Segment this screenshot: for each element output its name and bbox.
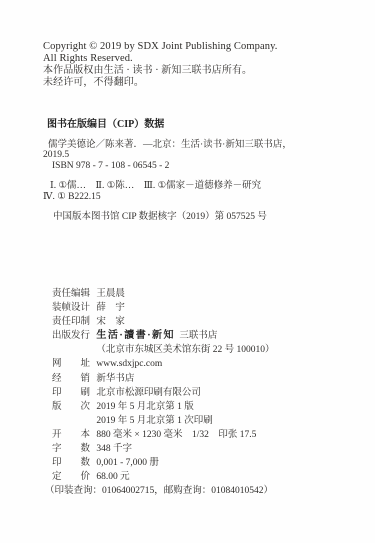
imprint-row-edition: 版次 2019 年 5 月北京第 1 版 — [52, 400, 275, 414]
imprint-row-print-supervisor: 责任印制 宋 家 — [52, 315, 275, 329]
imprint-row-print-run: 印数 0,001 - 7,000 册 — [52, 456, 275, 470]
cip-data-block: 图书在版编目（CIP）数据 儒学美德论／陈来著．—北京：生活·读书·新知三联书店… — [43, 120, 292, 223]
imprint-block: 责任编辑 王晨晨 装帧设计 薛 宇 责任印制 宋 家 出版发行 生活·讀書·新知… — [52, 287, 275, 498]
imprint-row-website: 网址 www.sdxjpc.com — [52, 357, 275, 371]
imprint-row-distributor: 经销 新华书店 — [52, 372, 275, 386]
imprint-value: 宋 家 — [96, 317, 125, 327]
imprint-label: 印数 — [52, 456, 90, 470]
no-reprint-line: 未经许可，不得翻印。 — [43, 77, 277, 89]
imprint-label: 版次 — [52, 400, 90, 414]
imprint-row-format: 开本 880 毫米 × 1230 毫米 1/32 印张 17.5 — [52, 428, 275, 442]
book-copyright-page: Copyright © 2019 by SDX Joint Publishing… — [0, 0, 375, 543]
cip-entry-line2: 2019.5 — [43, 150, 292, 161]
publisher-address: （北京市东城区美术馆东街 22 号 100010） — [96, 345, 274, 355]
imprint-value: 新华书店 — [96, 374, 134, 384]
imprint-value: 880 毫米 × 1230 毫米 1/32 印张 17.5 — [96, 430, 256, 440]
copyright-line-english: Copyright © 2019 by SDX Joint Publishing… — [43, 41, 277, 53]
imprint-row-publisher-address: （北京市东城区美术馆东街 22 号 100010） — [52, 343, 275, 357]
imprint-value: 68.00 元 — [96, 472, 129, 482]
imprint-label: 出版发行 — [52, 329, 90, 343]
imprint-value: 王晨晨 — [96, 289, 125, 299]
publisher-website: www.sdxjpc.com — [96, 359, 162, 369]
rights-holder-line: 本作品版权由生活 · 读书 · 新知三联书店所有。 — [43, 65, 277, 77]
cip-record-number-line: 中国版本图书馆 CIP 数据核字（2019）第 057525 号 — [53, 212, 292, 223]
imprint-label: 装帧设计 — [52, 301, 90, 315]
imprint-row-designer: 装帧设计 薛 宇 — [52, 301, 275, 315]
imprint-label: 印刷 — [52, 386, 90, 400]
imprint-row-price: 定价 68.00 元 — [52, 470, 275, 484]
imprint-value: 348 千字 — [96, 444, 132, 454]
isbn-line: ISBN 978 - 7 - 108 - 06545 - 2 — [52, 161, 292, 172]
copyright-block: Copyright © 2019 by SDX Joint Publishing… — [43, 41, 277, 89]
publisher-logotype: 生活·讀書·新知 — [96, 330, 175, 341]
imprint-label: 定价 — [52, 470, 90, 484]
imprint-row-editor: 责任编辑 王晨晨 — [52, 287, 275, 301]
cip-classification-line1: Ⅰ. ①儒… Ⅱ. ①陈… Ⅲ. ①儒家－道德修养－研究 — [50, 181, 292, 192]
imprint-label: 开本 — [52, 428, 90, 442]
imprint-value: 0,001 - 7,000 册 — [96, 458, 159, 468]
imprint-label: 责任印制 — [52, 315, 90, 329]
imprint-value: 2019 年 5 月北京第 1 次印刷 — [96, 416, 212, 426]
cip-heading: 图书在版编目（CIP）数据 — [47, 120, 292, 131]
imprint-row-printer: 印刷 北京市松源印刷有限公司 — [52, 386, 275, 400]
cip-classification-line2: Ⅳ. ① B222.15 — [43, 192, 292, 203]
query-phone-line: （印装查询：01064002715，邮购查询：01084010542） — [45, 484, 275, 498]
publisher-name: 三联书店 — [179, 331, 217, 341]
rights-reserved-line: All Rights Reserved. — [43, 53, 277, 65]
imprint-row-printing: 2019 年 5 月北京第 1 次印刷 — [52, 414, 275, 428]
imprint-value: 薛 宇 — [96, 303, 125, 313]
cip-entry-line1: 儒学美德论／陈来著．—北京：生活·读书·新知三联书店， — [48, 140, 292, 151]
imprint-label: 责任编辑 — [52, 287, 90, 301]
imprint-label: 经销 — [52, 372, 90, 386]
imprint-value: 2019 年 5 月北京第 1 版 — [96, 402, 193, 412]
imprint-label: 网址 — [52, 357, 90, 371]
imprint-row-publisher: 出版发行 生活·讀書·新知 三联书店 — [52, 329, 275, 343]
imprint-label: 字数 — [52, 442, 90, 456]
imprint-row-word-count: 字数 348 千字 — [52, 442, 275, 456]
imprint-value: 北京市松源印刷有限公司 — [96, 388, 201, 398]
